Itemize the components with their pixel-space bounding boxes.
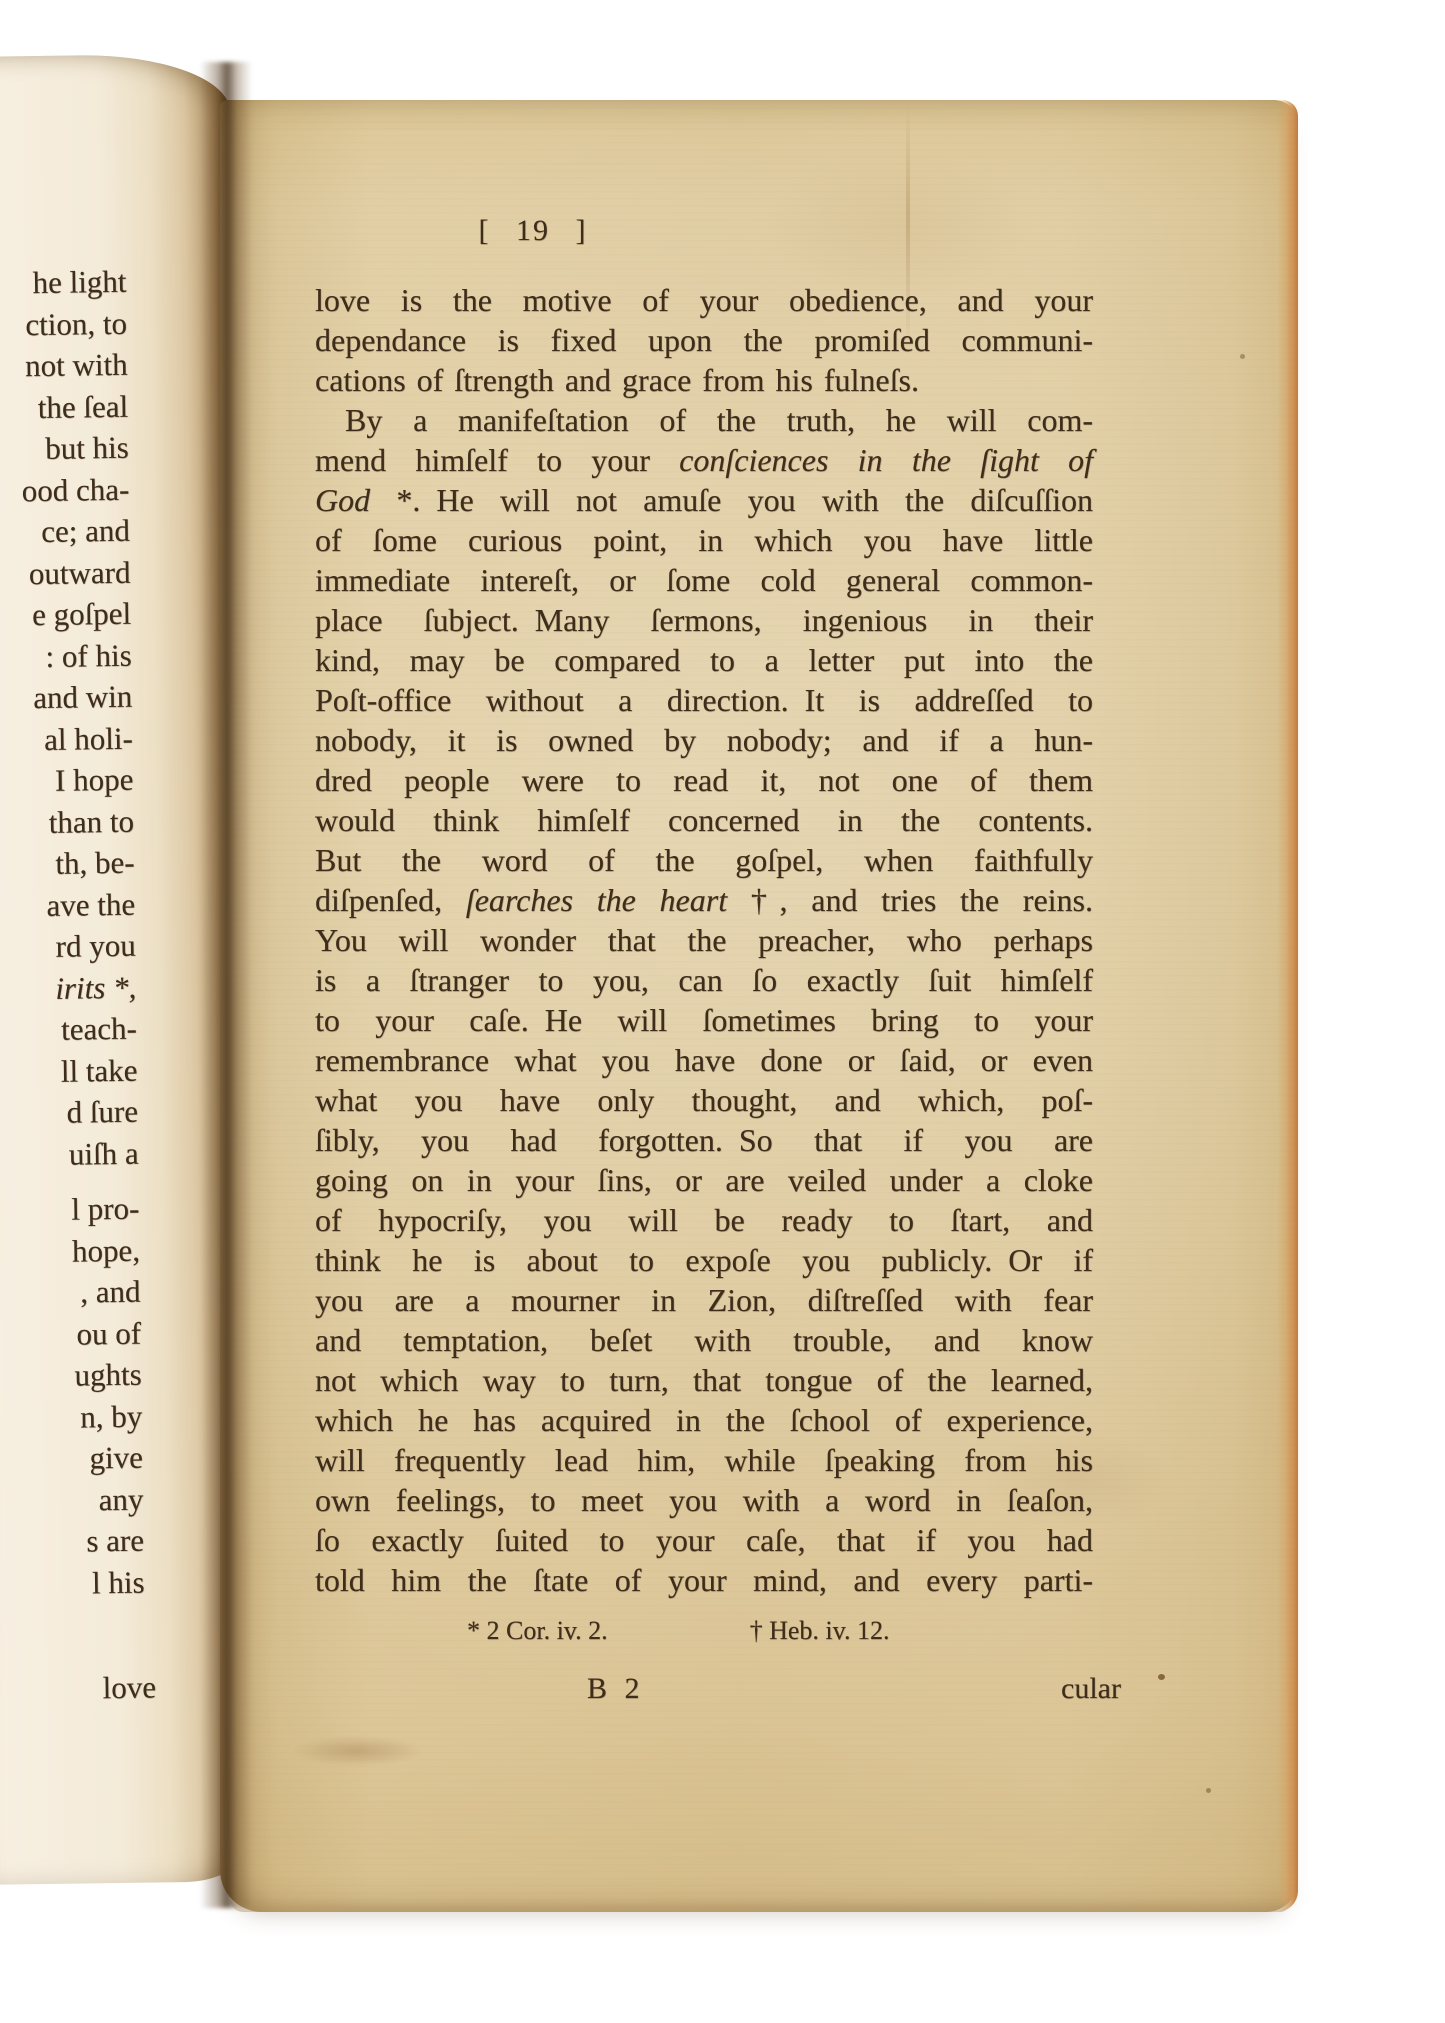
text-segment: n, by [80, 1395, 143, 1437]
text-segment: ave the [46, 883, 135, 926]
text-line: would think himſelf concerned in the con… [315, 800, 1093, 840]
text-segment: e goſpel [32, 593, 132, 636]
body-lines: love is the motive of your obedience, an… [315, 280, 1093, 1600]
text-segment: uiſh a [69, 1132, 139, 1174]
text-segment: th, be- [55, 842, 135, 885]
text-segment: l pro- [71, 1188, 140, 1230]
text-segment: and win [33, 676, 133, 719]
text-segment: d ſure [66, 1091, 138, 1133]
text-segment: Poſt-office without a direction. It is a… [315, 682, 1093, 718]
fragment-line: any [0, 1478, 154, 1522]
text-segment: not with [25, 344, 128, 387]
text-segment: of hypocriſy, you will be ready to ſtart… [315, 1202, 1093, 1238]
signature-mark: B 2 [587, 1672, 640, 1706]
fragment-line: al holi- [0, 717, 143, 761]
text-line: to your caſe. He will ſometimes bring to… [315, 1000, 1093, 1040]
text-segment: love is the motive of your obedience, an… [315, 282, 1093, 318]
text-line: kind, may be compared to a letter put in… [315, 640, 1093, 680]
footnote-second: † Heb. iv. 12. [750, 1616, 890, 1646]
text-line: You will wonder that the preacher, who p… [315, 920, 1093, 960]
fragment-line: teach- [0, 1008, 147, 1052]
text-segment: told him the ſtate of your mind, and eve… [315, 1562, 1093, 1598]
text-line: God *. He will not amuſe you with the di… [315, 480, 1093, 520]
text-segment: the ſeal [37, 385, 128, 428]
text-line: told him the ſtate of your mind, and eve… [315, 1560, 1093, 1600]
text-segment: You will wonder that the preacher, who p… [315, 922, 1093, 958]
fragment-line: uiſh a [0, 1132, 149, 1176]
text-segment: what you have only thought, and which, p… [315, 1082, 1093, 1118]
text-line: and temptation, beſet with trouble, and … [315, 1320, 1093, 1360]
left-page-catchword: love [102, 1666, 156, 1708]
fragment-line: l pro- [0, 1188, 150, 1232]
italic-phrase: irits *, [55, 966, 137, 1009]
text-line: ſo exactly ſuited to your caſe, that if … [315, 1520, 1093, 1560]
left-page-catchword-row: love [0, 1666, 180, 1710]
text-line: which he has acquired in the ſchool of e… [315, 1400, 1093, 1440]
text-segment: *. He will not amuſe you with the diſcuſ… [370, 482, 1093, 518]
text-segment: remembrance what you have done or ſaid, … [315, 1042, 1093, 1078]
text-segment: : of his [45, 634, 132, 677]
text-line: is a ſtranger to you, can ſo exactly ſui… [315, 960, 1093, 1000]
text-segment: mend himſelf to your [315, 442, 679, 478]
fragment-line: and win [0, 676, 142, 720]
text-segment: kind, may be compared to a letter put in… [315, 642, 1093, 678]
text-segment: of ſome curious point, in which you have… [315, 522, 1093, 558]
bottom-page-edge [230, 1899, 1290, 1912]
text-segment: diſpenſed, [315, 882, 466, 918]
fragment-line: ughts [0, 1354, 152, 1398]
text-segment: and temptation, beſet with trouble, and … [315, 1322, 1093, 1358]
text-segment: to your caſe. He will ſometimes bring to… [315, 1002, 1093, 1038]
fragment-line: ave the [0, 883, 145, 927]
text-segment: But the word of the goſpel, when faithfu… [315, 842, 1093, 878]
text-line: dependance is fixed upon the promiſed co… [315, 320, 1093, 360]
fragment-line: d ſure [0, 1091, 148, 1135]
fragment-line: n, by [0, 1395, 153, 1439]
fragment-line: hope, [0, 1229, 150, 1273]
text-line: of ſome curious point, in which you have… [315, 520, 1093, 560]
fragment-line: ood cha- [0, 468, 140, 512]
fragment-line: rd you [0, 925, 146, 969]
text-segment: , and [80, 1271, 141, 1313]
text-segment: ood cha- [21, 468, 129, 511]
text-segment: ughts [74, 1354, 142, 1396]
book-photo: he lightction, tonot withthe ſealbut his… [0, 0, 1445, 2023]
text-segment: think he is about to expoſe you publicly… [315, 1242, 1093, 1278]
text-segment: any [98, 1478, 143, 1520]
text-line: remembrance what you have done or ſaid, … [315, 1040, 1093, 1080]
text-line: will frequently lead him, while ſpeaking… [315, 1440, 1093, 1480]
text-segment: rd you [55, 925, 136, 968]
fragment-line: I hope [0, 759, 144, 803]
text-line: not which way to turn, that tongue of th… [315, 1360, 1093, 1400]
text-segment: ſo exactly ſuited to your caſe, that if … [315, 1522, 1093, 1558]
text-segment: †, and tries the reins. [727, 882, 1093, 918]
text-segment: would think himſelf concerned in the con… [315, 802, 1093, 838]
fragment-line: s are [0, 1519, 154, 1563]
text-segment: I hope [55, 759, 134, 802]
fragment-line: irits *, [0, 966, 147, 1010]
text-line: own feelings, to meet you with a word in… [315, 1480, 1093, 1520]
text-segment: ſibly, you had forgotten. So that if you… [315, 1122, 1093, 1158]
footnote-first: * 2 Cor. iv. 2. [467, 1616, 608, 1646]
fragment-line: ll take [0, 1049, 148, 1093]
text-line: Poſt-office without a direction. It is a… [315, 680, 1093, 720]
text-line: of hypocriſy, you will be ready to ſtart… [315, 1200, 1093, 1240]
footnotes: * 2 Cor. iv. 2. † Heb. iv. 12. [315, 1616, 1093, 1646]
text-segment: going on in your ſins, or are veiled und… [315, 1162, 1093, 1198]
italic-phrase: God [315, 482, 370, 518]
text-segment: l his [92, 1561, 145, 1603]
page-number: [ 19 ] [418, 214, 648, 248]
text-line: But the word of the goſpel, when faithfu… [315, 840, 1093, 880]
text-line: immediate intereſt, or ſome cold general… [315, 560, 1093, 600]
fragment-line: the ſeal [0, 385, 138, 429]
text-line: going on in your ſins, or are veiled und… [315, 1160, 1093, 1200]
text-segment: but his [45, 427, 129, 470]
gutter-shadow [200, 62, 252, 1908]
signature-line: B 2 cular [315, 1672, 1121, 1714]
text-line: think he is about to expoſe you publicly… [315, 1240, 1093, 1280]
text-segment: you are a mourner in Zion, diſtreſſed wi… [315, 1282, 1093, 1318]
text-segment: teach- [61, 1008, 137, 1051]
italic-phrase: ſearches the heart [466, 882, 727, 918]
text-segment: will frequently lead him, while ſpeaking… [315, 1442, 1093, 1478]
text-line: love is the motive of your obedience, an… [315, 280, 1093, 320]
fragment-line: th, be- [0, 842, 145, 886]
text-segment: ou of [76, 1312, 141, 1354]
text-segment: dependance is fixed upon the promiſed co… [315, 322, 1093, 358]
text-line: By a manifeſtation of the truth, he will… [315, 400, 1093, 440]
fragment-line: ou of [0, 1312, 151, 1356]
text-segment: ce; and [41, 510, 130, 553]
fragment-line: l his [0, 1561, 155, 1605]
fragment-line: e goſpel [0, 593, 141, 637]
text-line: place ſubject. Many ſermons, ingenious i… [315, 600, 1093, 640]
fragment-line: he light [0, 261, 137, 305]
fragment-line: give [0, 1437, 153, 1481]
text-segment: cations of ſtrength and grace from his f… [315, 362, 919, 398]
text-segment: dred people were to read it, not one of … [315, 762, 1093, 798]
text-line: what you have only thought, and which, p… [315, 1080, 1093, 1120]
text-segment: give [89, 1437, 143, 1479]
text-segment: ll take [61, 1049, 138, 1092]
text-line: ſibly, you had forgotten. So that if you… [315, 1120, 1093, 1160]
catchword: cular [1061, 1672, 1121, 1706]
text-line: nobody, it is owned by nobody; and if a … [315, 720, 1093, 760]
text-segment: al holi- [44, 717, 133, 760]
text-segment: place ſubject. Many ſermons, ingenious i… [315, 602, 1093, 638]
fragment-line: outward [0, 551, 141, 595]
text-segment: s are [86, 1520, 144, 1562]
text-line: cations of ſtrength and grace from his f… [315, 360, 1093, 400]
fragment-line: ction, to [0, 302, 137, 346]
text-segment: ction, to [25, 302, 127, 345]
fragment-line: , and [0, 1271, 151, 1315]
text-line: dred people were to read it, not one of … [315, 760, 1093, 800]
text-segment: than to [48, 800, 134, 843]
fragment-line: ce; and [0, 510, 140, 554]
italic-phrase: conſciences in the ſight of [679, 442, 1093, 478]
text-segment: he light [32, 261, 126, 304]
text-segment: hope, [72, 1229, 141, 1271]
text-segment: nobody, it is owned by nobody; and if a … [315, 722, 1093, 758]
left-page-fragments: he lightction, tonot withthe ſealbut his… [0, 261, 155, 1605]
text-segment: immediate intereſt, or ſome cold general… [315, 562, 1093, 598]
text-segment: outward [29, 551, 131, 594]
text-segment: own feelings, to meet you with a word in… [315, 1482, 1093, 1518]
text-segment: By a manifeſtation of the truth, he will… [345, 402, 1093, 438]
text-segment: not which way to turn, that tongue of th… [315, 1362, 1093, 1398]
text-line: diſpenſed, ſearches the heart †, and tri… [315, 880, 1093, 920]
fragment-line: not with [0, 344, 138, 388]
fore-edge [1277, 100, 1298, 1912]
text-line: mend himſelf to your conſciences in the … [315, 440, 1093, 480]
text-segment: which he has acquired in the ſchool of e… [315, 1402, 1093, 1438]
fragment-line: : of his [0, 634, 142, 678]
text-segment: is a ſtranger to you, can ſo exactly ſui… [315, 962, 1093, 998]
fragment-line: than to [0, 800, 144, 844]
fragment-line: but his [0, 427, 139, 471]
text-line: you are a mourner in Zion, diſtreſſed wi… [315, 1280, 1093, 1320]
